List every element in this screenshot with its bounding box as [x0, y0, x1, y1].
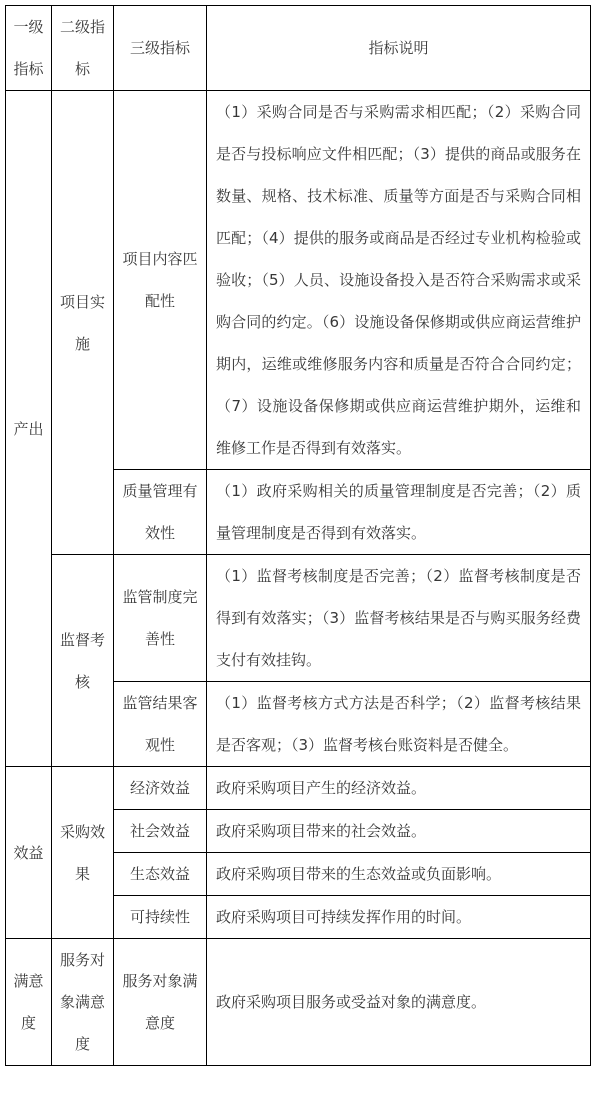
- table-row: 效益 采购效果 经济效益 政府采购项目产生的经济效益。: [6, 767, 591, 810]
- cell-description: 政府采购项目产生的经济效益。: [207, 767, 591, 810]
- table-row: 满意度 服务对象满意度 服务对象满意度 政府采购项目服务或受益对象的满意度。: [6, 939, 591, 1066]
- indicator-table: 一级指标 二级指标 三级指标 指标说明 产出 项目实施 项目内容匹配性 （1）采…: [5, 5, 591, 1066]
- cell-level2-supervision-assessment: 监督考核: [52, 555, 114, 767]
- cell-description: 政府采购项目可持续发挥作用的时间。: [207, 896, 591, 939]
- cell-description: （1）采购合同是否与采购需求相匹配；（2）采购合同是否与投标响应文件相匹配；（3…: [207, 91, 591, 470]
- cell-level1-benefit: 效益: [6, 767, 52, 939]
- table-row: 监督考核 监管制度完善性 （1）监督考核制度是否完善；（2）监督考核制度是否得到…: [6, 555, 591, 682]
- header-level2: 二级指标: [52, 6, 114, 91]
- header-description: 指标说明: [207, 6, 591, 91]
- cell-level3-quality-management: 质量管理有效性: [114, 470, 207, 555]
- cell-level3-sustainability: 可持续性: [114, 896, 207, 939]
- cell-description: 政府采购项目带来的社会效益。: [207, 810, 591, 853]
- document-page: 一级指标 二级指标 三级指标 指标说明 产出 项目实施 项目内容匹配性 （1）采…: [0, 0, 595, 1097]
- cell-level3-economic-benefit: 经济效益: [114, 767, 207, 810]
- cell-description: （1）监督考核方式方法是否科学；（2）监督考核结果是否客观；（3）监督考核台账资…: [207, 682, 591, 767]
- header-row: 一级指标 二级指标 三级指标 指标说明: [6, 6, 591, 91]
- cell-level2-service-target-satisfaction: 服务对象满意度: [52, 939, 114, 1066]
- cell-level3-content-match: 项目内容匹配性: [114, 91, 207, 470]
- table-row: 产出 项目实施 项目内容匹配性 （1）采购合同是否与采购需求相匹配；（2）采购合…: [6, 91, 591, 470]
- cell-description: 政府采购项目带来的生态效益或负面影响。: [207, 853, 591, 896]
- cell-description: （1）监督考核制度是否完善；（2）监督考核制度是否得到有效落实；（3）监督考核结…: [207, 555, 591, 682]
- cell-description: 政府采购项目服务或受益对象的满意度。: [207, 939, 591, 1066]
- cell-level3-social-benefit: 社会效益: [114, 810, 207, 853]
- cell-level3-ecological-benefit: 生态效益: [114, 853, 207, 896]
- cell-level3-supervision-system: 监管制度完善性: [114, 555, 207, 682]
- cell-level3-supervision-result: 监管结果客观性: [114, 682, 207, 767]
- header-level3: 三级指标: [114, 6, 207, 91]
- header-level1: 一级指标: [6, 6, 52, 91]
- cell-level1-output: 产出: [6, 91, 52, 767]
- cell-description: （1）政府采购相关的质量管理制度是否完善；（2）质量管理制度是否得到有效落实。: [207, 470, 591, 555]
- cell-level3-service-target-satisfaction: 服务对象满意度: [114, 939, 207, 1066]
- cell-level2-procurement-effect: 采购效果: [52, 767, 114, 939]
- cell-level2-project-implementation: 项目实施: [52, 91, 114, 555]
- cell-level1-satisfaction: 满意度: [6, 939, 52, 1066]
